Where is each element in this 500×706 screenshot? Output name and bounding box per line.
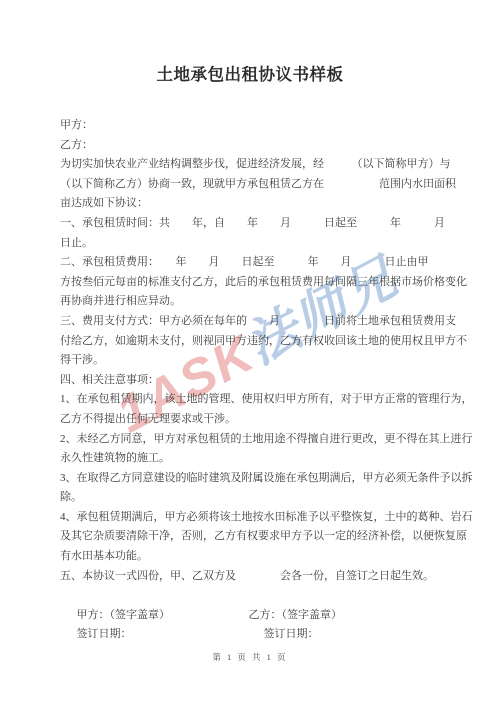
line-party-a: 甲方： <box>60 116 456 136</box>
clause-3-line: 三、费用支付方式：甲方必须在每年的 月 日前将土地承包租赁费用支 <box>60 312 456 332</box>
document-line: （以下简称乙方）协商一致，现就甲方承包租赁乙方在 范围内水田面积 <box>60 175 456 195</box>
clause-4-item-1: 乙方不得提出任何无理要求或干涉。 <box>60 410 456 430</box>
party-b-signature-label: 乙方：（签字盖章） <box>249 609 343 621</box>
clause-4-item-2: 永久性建筑物的施工。 <box>60 449 456 469</box>
clause-4-item-4: 4、承包租赁期满后，甲方必须将该土地按水田标准予以平整恢复，土中的葛种、岩石 <box>60 508 456 528</box>
clause-4-item-4: 及其它杂质要清除干净，否则，乙方有权要求甲方予以一定的经济补偿，以便恢复原 <box>60 527 456 547</box>
document-page: 1ASK法师兄 土地承包出租协议书样板 甲方： 乙方： 为切实加快农业产业结构调… <box>0 0 500 706</box>
clause-4-item-1: 1、在承包租赁期内，该土地的管理、使用权归甲方所有，对于甲方正常的管理行为， <box>60 390 456 410</box>
clause-2-line: 方按叁佰元每亩的标准支付乙方，此后的承包租赁费用每间隔三年根据市场价格变化 <box>60 273 456 293</box>
party-b-date-label: 签订日期： <box>264 628 319 640</box>
clause-4-item-3: 3、在取得乙方同意建设的临时建筑及附属设施在承包期满后，甲方必须无条件予以拆 <box>60 469 456 489</box>
clause-1-line: 日止。 <box>60 234 456 254</box>
clause-2-line: 再协商并进行相应异动。 <box>60 292 456 312</box>
clause-4-item-4: 有水田基本功能。 <box>60 547 456 567</box>
signature-row: 甲方：（签字盖章）乙方：（签字盖章） <box>60 586 456 606</box>
document-body: 甲方： 乙方： 为切实加快农业产业结构调整步伐，促进经济发展，经 （以下简称甲方… <box>60 116 456 625</box>
clause-4-item-3: 除。 <box>60 488 456 508</box>
document-line: 为切实加快农业产业结构调整步伐，促进经济发展，经 （以下简称甲方）与 <box>60 155 456 175</box>
clause-5-line: 五、本协议一式四份，甲、乙双方及 会各一份，自签订之日起生效。 <box>60 567 456 587</box>
page-number: 第 1 页 共 1 页 <box>0 651 500 663</box>
clause-2-line: 二、承包租赁费用： 年 月 日起至 年 月 日止由甲 <box>60 253 456 273</box>
clause-3-line: 得干涉。 <box>60 351 456 371</box>
document-title: 土地承包出租协议书样板 <box>0 61 500 85</box>
line-party-b: 乙方： <box>60 136 456 156</box>
clause-4-item-2: 2、未经乙方同意，甲方对承包租赁的土地用途不得擅自进行更改，更不得在其上进行 <box>60 430 456 450</box>
clause-4-heading: 四、相关注意事项： <box>60 371 456 391</box>
clause-1-line: 一、承包租赁时间：共 年，自 年 月 日起至 年 月 <box>60 214 456 234</box>
document-line: 亩达成如下协议： <box>60 194 456 214</box>
party-a-date-label: 签订日期： <box>77 625 264 645</box>
party-a-signature-label: 甲方：（签字盖章） <box>77 606 249 626</box>
clause-3-line: 付给乙方，如逾期未支付，则视同甲方违约，乙方有权收回该土地的使用权且甲方不 <box>60 332 456 352</box>
